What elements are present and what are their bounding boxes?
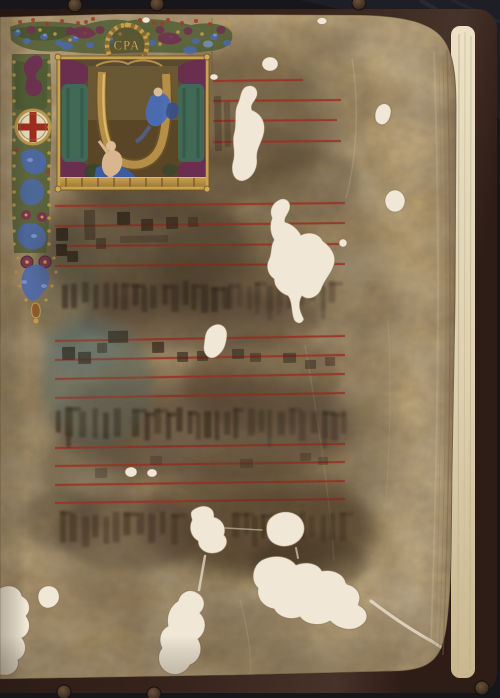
parchment-fleck xyxy=(262,57,278,71)
pendant-shape xyxy=(41,284,47,288)
monogram_decor-shape xyxy=(160,22,164,26)
parchment-fleck xyxy=(142,17,150,23)
top_border-shape xyxy=(60,19,64,23)
left-edge-shade xyxy=(0,14,26,680)
top_border-shape xyxy=(208,22,212,26)
left_border-shape xyxy=(31,234,37,238)
top_border-shape xyxy=(68,38,72,42)
stave-line xyxy=(213,100,341,101)
gothic-stroke xyxy=(103,517,109,544)
parchment-fleck xyxy=(317,18,327,25)
gold-dot xyxy=(47,151,51,155)
gold-dot xyxy=(47,203,51,207)
gothic-stroke xyxy=(60,511,66,542)
top_border-shape xyxy=(91,17,95,21)
top_border-shape xyxy=(166,18,170,22)
gothic-stroke xyxy=(137,513,144,535)
gothic-stroke xyxy=(148,514,155,543)
gothic-stroke xyxy=(171,514,178,545)
pendant-shape xyxy=(32,303,41,318)
neume xyxy=(250,353,261,362)
gold-dot xyxy=(47,190,51,194)
initial-shape xyxy=(204,186,210,192)
monogram-text: CPA xyxy=(114,39,141,53)
neume xyxy=(95,468,107,478)
binding-boss xyxy=(57,685,71,698)
stave-line xyxy=(213,80,303,81)
neume xyxy=(232,349,244,359)
parchment-fleck xyxy=(125,467,137,477)
top_border-shape xyxy=(138,18,142,22)
stain xyxy=(220,22,360,58)
parchment-fleck xyxy=(210,74,218,80)
binding-boss xyxy=(475,681,489,695)
top_border-shape xyxy=(31,18,35,22)
gold-dot xyxy=(47,125,51,129)
top_border-shape xyxy=(27,26,36,34)
stave-line xyxy=(213,141,341,142)
binding-boss xyxy=(68,0,82,12)
neume xyxy=(305,360,316,369)
monogram_decor-shape xyxy=(125,23,130,28)
top_border-shape xyxy=(176,30,180,34)
stain xyxy=(45,320,155,440)
gothic-stroke-top xyxy=(171,514,185,518)
gold-dot xyxy=(47,229,51,233)
initial-shape xyxy=(62,84,88,162)
neume xyxy=(224,102,231,147)
top_border-shape xyxy=(200,32,204,36)
top_border-shape xyxy=(217,26,226,34)
stave-line xyxy=(213,120,337,121)
top_border-shape xyxy=(96,26,105,34)
gothic-stroke xyxy=(160,511,165,533)
gothic-descender xyxy=(66,437,70,447)
parchment-hole xyxy=(266,512,304,547)
pendant-shape xyxy=(34,319,39,324)
neume xyxy=(214,96,222,151)
top_border-shape xyxy=(76,21,80,25)
manuscript-photograph: CPA xyxy=(0,0,500,698)
left_border-shape xyxy=(27,158,33,162)
neume xyxy=(177,352,188,362)
initial-shape xyxy=(55,186,61,192)
parchment-fleck xyxy=(339,239,347,247)
top_border-shape xyxy=(45,22,49,26)
monogram_decor-shape xyxy=(203,41,213,48)
monogram_decor-shape xyxy=(183,46,197,54)
gothic-stroke xyxy=(69,514,76,542)
top_border-shape xyxy=(227,22,231,26)
gold-dot xyxy=(47,99,51,103)
page-content: CPA xyxy=(0,0,500,698)
manuscript-photo-canvas: CPA xyxy=(0,0,500,698)
top_border-shape xyxy=(223,40,231,46)
initial-shape xyxy=(154,88,163,97)
gothic-stroke xyxy=(92,515,98,538)
gothic-stroke xyxy=(112,512,119,543)
monogram_decor-shape xyxy=(61,42,73,50)
neume xyxy=(152,342,164,353)
top_border-shape xyxy=(180,21,184,25)
stain xyxy=(120,380,360,480)
gold-dot xyxy=(47,112,51,116)
left_border-shape xyxy=(46,170,50,174)
initial-shape xyxy=(204,54,210,60)
gold-dot xyxy=(47,138,51,142)
gold-dot xyxy=(47,60,51,64)
initial-shape xyxy=(106,141,116,151)
gold-dot xyxy=(47,73,51,77)
left_border-shape xyxy=(41,216,44,219)
gold-dot xyxy=(47,177,51,181)
top_border-shape xyxy=(43,34,47,37)
illuminated-initial-miniature xyxy=(55,54,210,192)
top_border-shape xyxy=(184,27,193,35)
top_border-shape xyxy=(158,42,162,46)
binding-boss xyxy=(150,0,164,11)
monogram_decor-shape xyxy=(84,20,88,24)
gothic-stroke xyxy=(82,517,89,547)
binding-boss xyxy=(147,687,161,698)
top_border-shape xyxy=(213,34,217,37)
neume xyxy=(325,357,335,366)
parchment-hole xyxy=(38,586,59,608)
pendant-shape xyxy=(44,298,47,301)
parchment-fleck xyxy=(147,469,157,477)
top_border-shape xyxy=(152,21,156,25)
initial-shape xyxy=(162,164,178,176)
gothic-stroke-top xyxy=(123,512,138,516)
gold-dot xyxy=(47,86,51,90)
initial-shape xyxy=(55,54,61,60)
gold-dot xyxy=(47,164,51,168)
parchment-fleck xyxy=(385,190,405,212)
neume xyxy=(283,353,296,363)
top_border-shape xyxy=(156,26,165,34)
gold-dot xyxy=(47,216,51,220)
top_border-shape xyxy=(53,32,57,36)
top_border-shape xyxy=(38,28,42,32)
top_border-shape xyxy=(192,38,200,44)
top_border-shape xyxy=(194,19,198,23)
initial-shape xyxy=(178,84,204,162)
top_border-shape xyxy=(86,42,94,48)
gothic-stroke-top xyxy=(329,282,343,286)
binding-boss xyxy=(352,0,366,10)
